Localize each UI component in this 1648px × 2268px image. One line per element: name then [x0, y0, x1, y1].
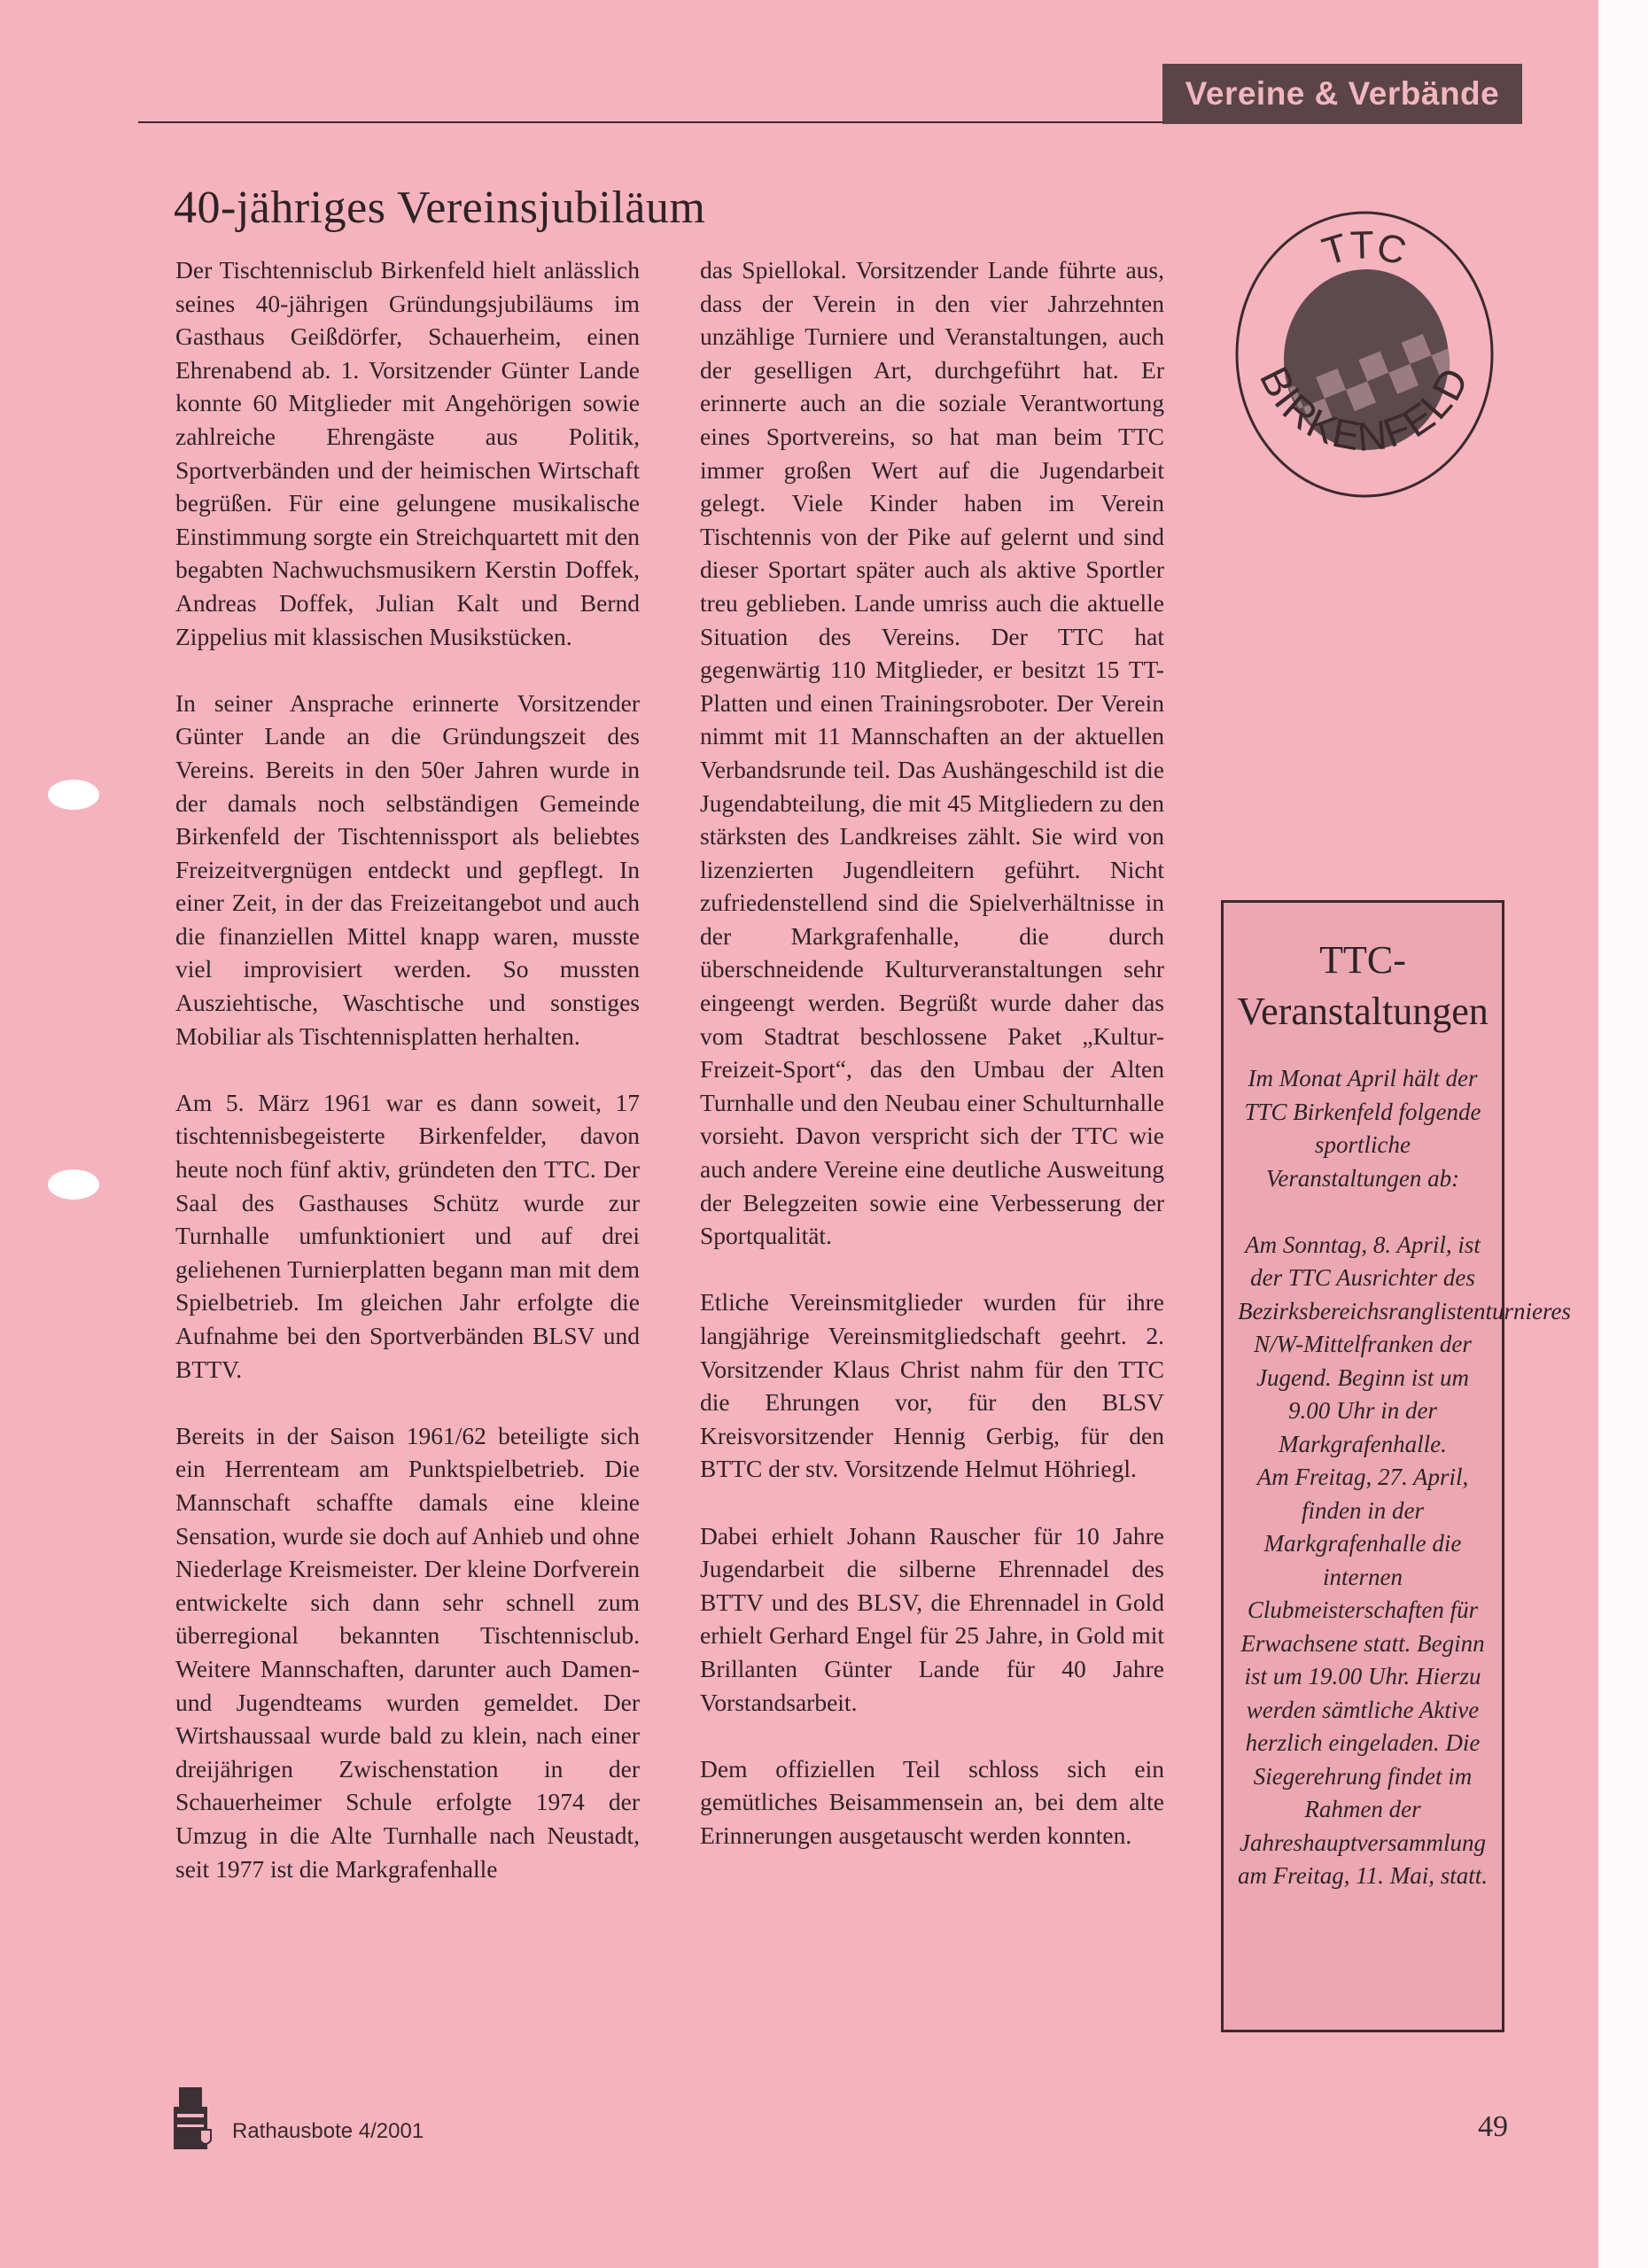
page-number: 49	[1478, 2110, 1508, 2144]
publication-label: Rathausbote 4/2001	[232, 2119, 424, 2144]
events-title-line2: Veranstaltungen	[1237, 990, 1488, 1033]
paragraph: Dabei erhielt Johann Rauscher für 10 Jah…	[700, 1519, 1164, 1720]
scan-margin	[1598, 0, 1648, 2268]
events-body: Im Monat April hält der TTC Birkenfeld f…	[1224, 1062, 1502, 1893]
events-intro: Im Monat April hält der TTC Birkenfeld f…	[1238, 1062, 1488, 1195]
magazine-page: Vereine & Verbände 40-jähriges Vereinsju…	[0, 0, 1598, 2268]
paragraph: Etliche Vereinsmitglieder wurden für ihr…	[700, 1285, 1164, 1486]
ttc-birkenfeld-logo: TTC BIRKENFELD	[1232, 202, 1497, 503]
event-item: Am Freitag, 27. April, finden in der Mar…	[1238, 1461, 1488, 1893]
paragraph: In seiner Ansprache erinnerte Vorsitzend…	[175, 687, 640, 1053]
punch-hole-bottom	[48, 1169, 99, 1200]
paragraph: Am 5. März 1961 war es dann soweit, 17 t…	[175, 1086, 640, 1386]
events-title-line1: TTC-	[1319, 938, 1406, 982]
svg-text:TTC: TTC	[1318, 223, 1411, 274]
paragraph: Dem offiziellen Teil schloss sich ein ge…	[700, 1752, 1164, 1852]
punch-hole-top	[48, 780, 99, 810]
town-hall-icon	[174, 2087, 213, 2149]
paragraph: Der Tischtennisclub Birkenfeld hielt anl…	[175, 253, 640, 653]
section-tag: Vereine & Verbände	[1162, 64, 1522, 124]
article-column-left: Der Tischtennisclub Birkenfeld hielt anl…	[175, 253, 640, 1919]
events-box: TTC- Veranstaltungen Im Monat April hält…	[1221, 900, 1504, 2032]
article-headline: 40-jähriges Vereinsjubiläum	[174, 182, 705, 234]
event-item: Am Sonntag, 8. April, ist der TTC Ausric…	[1238, 1229, 1488, 1462]
paragraph: Bereits in der Saison 1961/62 beteiligte…	[175, 1419, 640, 1885]
logo-top-text: TTC	[1318, 223, 1411, 274]
events-title: TTC- Veranstaltungen	[1224, 935, 1502, 1037]
paragraph: das Spiellokal. Vorsitzender Lande führt…	[700, 253, 1164, 1253]
article-column-middle: das Spiellokal. Vorsitzender Lande führt…	[700, 253, 1164, 1885]
